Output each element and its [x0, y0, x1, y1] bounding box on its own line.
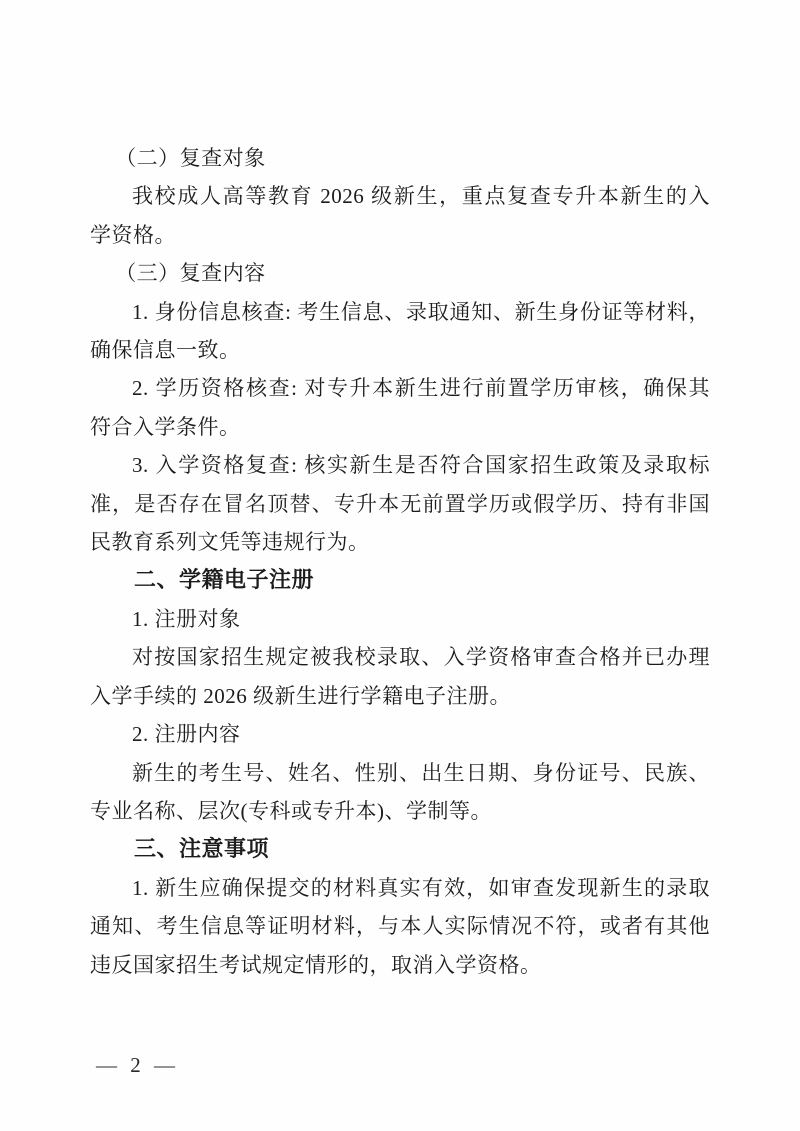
- section-heading-e-registration: 二、学籍电子注册: [90, 561, 710, 599]
- text-line: 学资格。: [90, 216, 710, 254]
- section-heading-review-target: （二）复查对象: [90, 139, 710, 177]
- text-line: 对按国家招生规定被我校录取、入学资格审查合格并已办理: [90, 638, 710, 676]
- text-line: 1. 注册对象: [90, 600, 710, 638]
- text-line: 1. 新生应确保提交的材料真实有效，如审查发现新生的录取: [90, 869, 710, 907]
- text-line: 专业名称、层次(专科或专升本)、学制等。: [90, 792, 710, 830]
- text-line: 3. 入学资格复查: 核实新生是否符合国家招生政策及录取标: [90, 446, 710, 484]
- text-line: 1. 身份信息核查: 考生信息、录取通知、新生身份证等材料，: [90, 293, 710, 331]
- text-line: 通知、考生信息等证明材料，与本人实际情况不符，或者有其他: [90, 907, 710, 945]
- document-body: （二）复查对象 我校成人高等教育 2026 级新生，重点复查专升本新生的入 学资…: [90, 139, 710, 984]
- section-heading-notes: 三、注意事项: [90, 830, 710, 868]
- page-number: — 2 —: [96, 1050, 179, 1080]
- text-line: 我校成人高等教育 2026 级新生，重点复查专升本新生的入: [90, 177, 710, 215]
- text-line: 符合入学条件。: [90, 408, 710, 446]
- text-line: 准，是否存在冒名顶替、专升本无前置学历或假学历、持有非国: [90, 485, 710, 523]
- text-line: 2. 学历资格核查: 对专升本新生进行前置学历审核，确保其: [90, 369, 710, 407]
- section-heading-review-content: （三）复查内容: [90, 254, 710, 292]
- text-line: 2. 注册内容: [90, 715, 710, 753]
- text-line: 新生的考生号、姓名、性别、出生日期、身份证号、民族、: [90, 754, 710, 792]
- text-line: 入学手续的 2026 级新生进行学籍电子注册。: [90, 677, 710, 715]
- text-line: 违反国家招生考试规定情形的，取消入学资格。: [90, 946, 710, 984]
- text-line: 确保信息一致。: [90, 331, 710, 369]
- document-page: （二）复查对象 我校成人高等教育 2026 级新生，重点复查专升本新生的入 学资…: [0, 0, 800, 1131]
- text-line: 民教育系列文凭等违规行为。: [90, 523, 710, 561]
